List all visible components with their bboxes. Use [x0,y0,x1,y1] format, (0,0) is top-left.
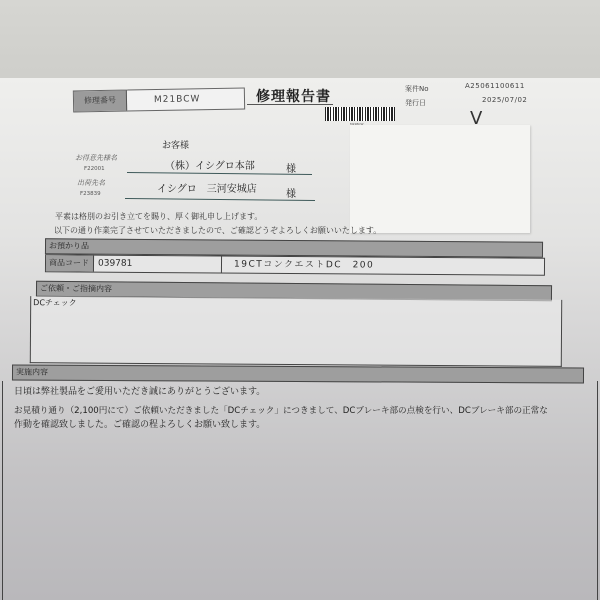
work-line-1: 日頃は弊社製品をご愛用いただき誠にありがとうございます。 [14,384,265,397]
work-line-2: お見積り通り（2,100円にて）ご依頼いただきました「DCチェック」につきまして… [14,404,548,416]
shipto-name: イシグロ 三河安城店 [157,180,257,195]
dealer-code: F22001 [84,166,105,172]
greeting-line-2: 以下の通り作業完了させていただきましたので、ご確認どうぞよろしくお願いいたします… [54,225,381,236]
repair-number-value: M21BCW [154,89,201,110]
shipto-suffix: 様 [286,185,296,200]
cell-divider [221,256,222,272]
case-no-label: 案件No [405,84,429,94]
request-section-title: ご依頼・ご指摘内容 [40,282,112,297]
product-code-value: 039781 [98,256,132,272]
request-content-box: DCチェック [30,296,562,367]
document-title: 修理報告書 [256,86,331,106]
repair-number-label: 修理番号 [74,91,127,112]
item-row: 商品コード 039781 19CTコンクエストDC 200 [45,254,545,275]
product-code-label: 商品コード [46,255,94,271]
work-line-3: 作動を確認致しました。ご確認の程よろしくお願い致します。 [14,417,265,430]
request-content: DCチェック [33,297,77,308]
item-section-title: お預かり品 [49,239,89,253]
shipto-code: F23839 [80,191,101,197]
shipto-label: 出荷先名 [77,178,105,188]
dealer-name: （株）イシグロ本部 [165,157,255,172]
repair-number-field: 修理番号 M21BCW [73,88,245,113]
product-name: 19CTコンクエストDC 200 [234,257,374,274]
issue-date-label: 発行日 [405,98,426,108]
dealer-label: お得意先様名 [75,153,117,163]
case-no-value: A25061100611 [465,82,525,90]
issue-date-value: 2025/07/02 [482,96,527,104]
customer-honorific-header: お客様 [162,138,189,151]
title-underline [247,104,333,105]
sticky-note [350,125,530,233]
barcode-icon [325,107,395,121]
work-section-title: 実施内容 [16,366,48,380]
greeting-line-1: 平素は格別のお引き立てを賜り、厚く御礼申し上げます。 [55,211,262,222]
